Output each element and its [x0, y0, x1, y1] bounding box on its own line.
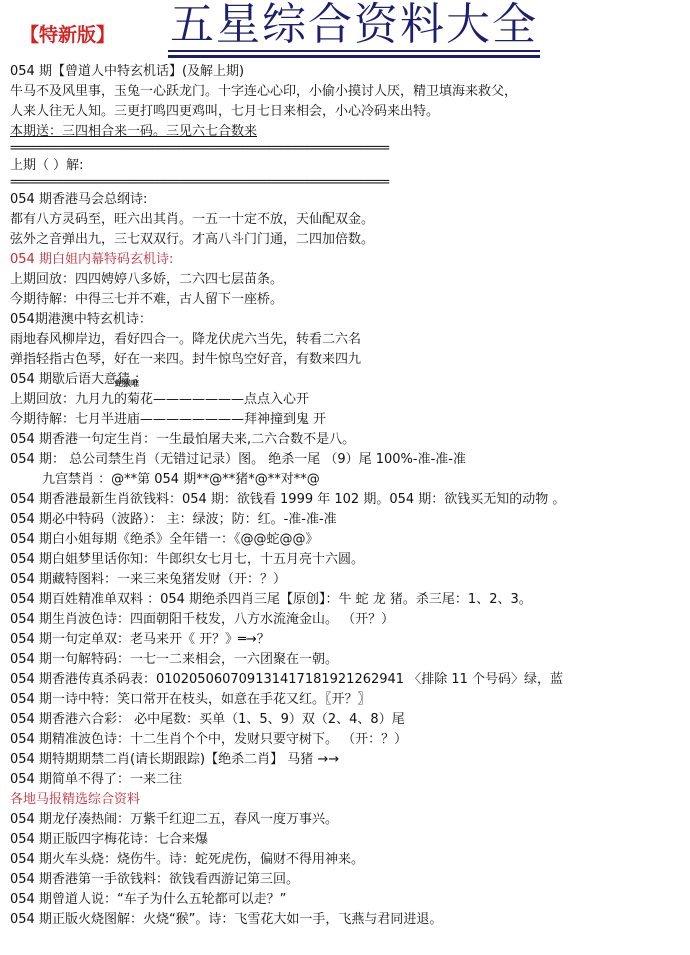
section-heading: 054期港澳中特玄机诗：	[10, 310, 685, 330]
text-line: 054 期香港最新生肖欲钱料：054 期：欲钱看 1999 年 102 期。05…	[10, 490, 685, 510]
text-line: 054 期特期期禁二肖(请长期跟踪)【绝杀二肖】 马猪 →→	[10, 750, 685, 770]
text-line: 054 期香港一句定生肖：一生最怕屠夫来,二六合数不是八。	[10, 430, 685, 450]
text-line: 054 期【曾道人中特玄机话】(及解上期)	[10, 62, 685, 82]
section-heading-red: 054 期白姐内幕特码玄机诗:	[10, 250, 685, 270]
text-line: 054 期生肖波色诗：四面朝阳千枝发，八方水流淹金山。 （开？）	[10, 610, 685, 630]
text-line: 054 期火车头烧：烧伤牛。诗：蛇死虎伤，偏财不得用神来。	[10, 850, 685, 870]
text-line: 054 期白小姐每期《绝杀》全年错一：《@@蛇@@》	[10, 530, 685, 550]
text-line: 054 期必中特码（波路）： 主：绿波；防：红。-准-准-准	[10, 510, 685, 530]
text-line: 054 期精准波色诗：十二生肖个个中，发财只要守树下。 （开：？）	[10, 730, 685, 750]
separator: ========================================…	[10, 176, 542, 190]
text-line: 054 期白姐梦里话你知：牛郎织女七月七，十五月亮十六圆。	[10, 550, 685, 570]
text-line: 上期回放：四四娉婷八多娇，二六四七层苗条。	[10, 270, 685, 290]
text-line: 054 期简单不得了：一来二往	[10, 770, 685, 790]
text-line: 054 期香港传真杀码表：010205060709131417181921262…	[10, 670, 685, 690]
edition-badge: 【特新版】	[20, 20, 115, 47]
text-line: 054 期香港第一手欲钱料：欲钱看西游记第三回。	[10, 870, 685, 890]
content-body: 054 期【曾道人中特玄机话】(及解上期) 牛马不及风里事，玉兔一心跃龙门。十字…	[10, 62, 685, 930]
text-line: 054 期香港六合彩： 必中尾数：买单（1、5、9）双（2、4、8）尾	[10, 710, 685, 730]
text-line: 054 期正版四字梅花诗：七合来爆	[10, 830, 685, 850]
text-line: 今期待解：中得三七并不难，古人留下一座桥。	[10, 290, 685, 310]
text-line: 都有八方灵码至，旺六出其肖。一五一十定不放，天仙配双金。	[10, 210, 685, 230]
text-line: 九宫禁肖 ：@**第 054 期**@**猪*@**对**@	[10, 470, 685, 490]
text-line: 054 期一句定单双：老马来开《 开？》═→？	[10, 630, 685, 650]
section-heading-red: 各地马报精选综合资料	[10, 790, 685, 810]
text-line: 弦外之音弹出九，三七双双行。才高八斗门门通，二四加倍数。	[10, 230, 685, 250]
text-line: 054 期一句解特码：一七一二来相会，一六团聚在一朝。	[10, 650, 685, 670]
text-line: 人来人往无人知。三更打鸣四更鸡叫，七月七日来相会，小心冷码来出特。	[10, 102, 685, 122]
text-line: 雨地春风柳岸边，看好四合一。降龙伏虎六当先，转看二六名	[10, 330, 685, 350]
text-line: 牛马不及风里事，玉兔一心跃龙门。十字连心心印，小偷小摸讨人厌，精卫填海来救父，	[10, 82, 685, 102]
text-line: 054 期正版火烧图解：火烧“猴”。诗：飞雪花大如一手，飞燕与君同进退。	[10, 910, 685, 930]
text-line: 上期回放：九月九的菊花———————点点入心开	[10, 390, 685, 410]
section-heading: 054 期香港马会总纲诗:	[10, 190, 685, 210]
text-line: 054 期： 总公司禁生肖（无错过记录）图。 绝杀一尾 （9）尾 100%-准-…	[10, 450, 685, 470]
text-line: 054 期龙仔凑热闹：万紫千红迎二五，春风一度万事兴。	[10, 810, 685, 830]
title-underline	[168, 50, 540, 52]
overlay-stamp-text: 蛇猴唯	[115, 378, 139, 389]
text-line: 弹指轻指古色琴，好在一来四。封牛惊鸟空好音，有数来四九	[10, 350, 685, 370]
text-line: 054 期藏特图料：一来三来兔猪发财（开：？）	[10, 570, 685, 590]
page-title: 五星综合资料大全	[170, 2, 538, 48]
text-line: 上期（ ）解:	[10, 156, 685, 176]
text-line: 054 期一诗中特：笑口常开在枝头，如意在手花又红。〖开？〗	[10, 690, 685, 710]
text-line: 今期待解：七月半进庙————————拜神撞到鬼 开	[10, 410, 685, 430]
separator: ========================================…	[10, 142, 542, 156]
text-line: 054 期百姓精准单双料 ：054 期绝杀四肖三尾【原创】：牛 蛇 龙 猪。杀三…	[10, 590, 685, 610]
page-header: 【特新版】 五星综合资料大全	[0, 0, 690, 58]
text-line: 054 期曾道人说：“车子为什么五轮都可以走？”	[10, 890, 685, 910]
title-underline-thick	[168, 55, 540, 58]
section-heading: 054 期歇后语大意猜 ：	[10, 370, 685, 390]
text-line: 本期送：三四相合来一码。三见六七合数来	[10, 122, 685, 142]
